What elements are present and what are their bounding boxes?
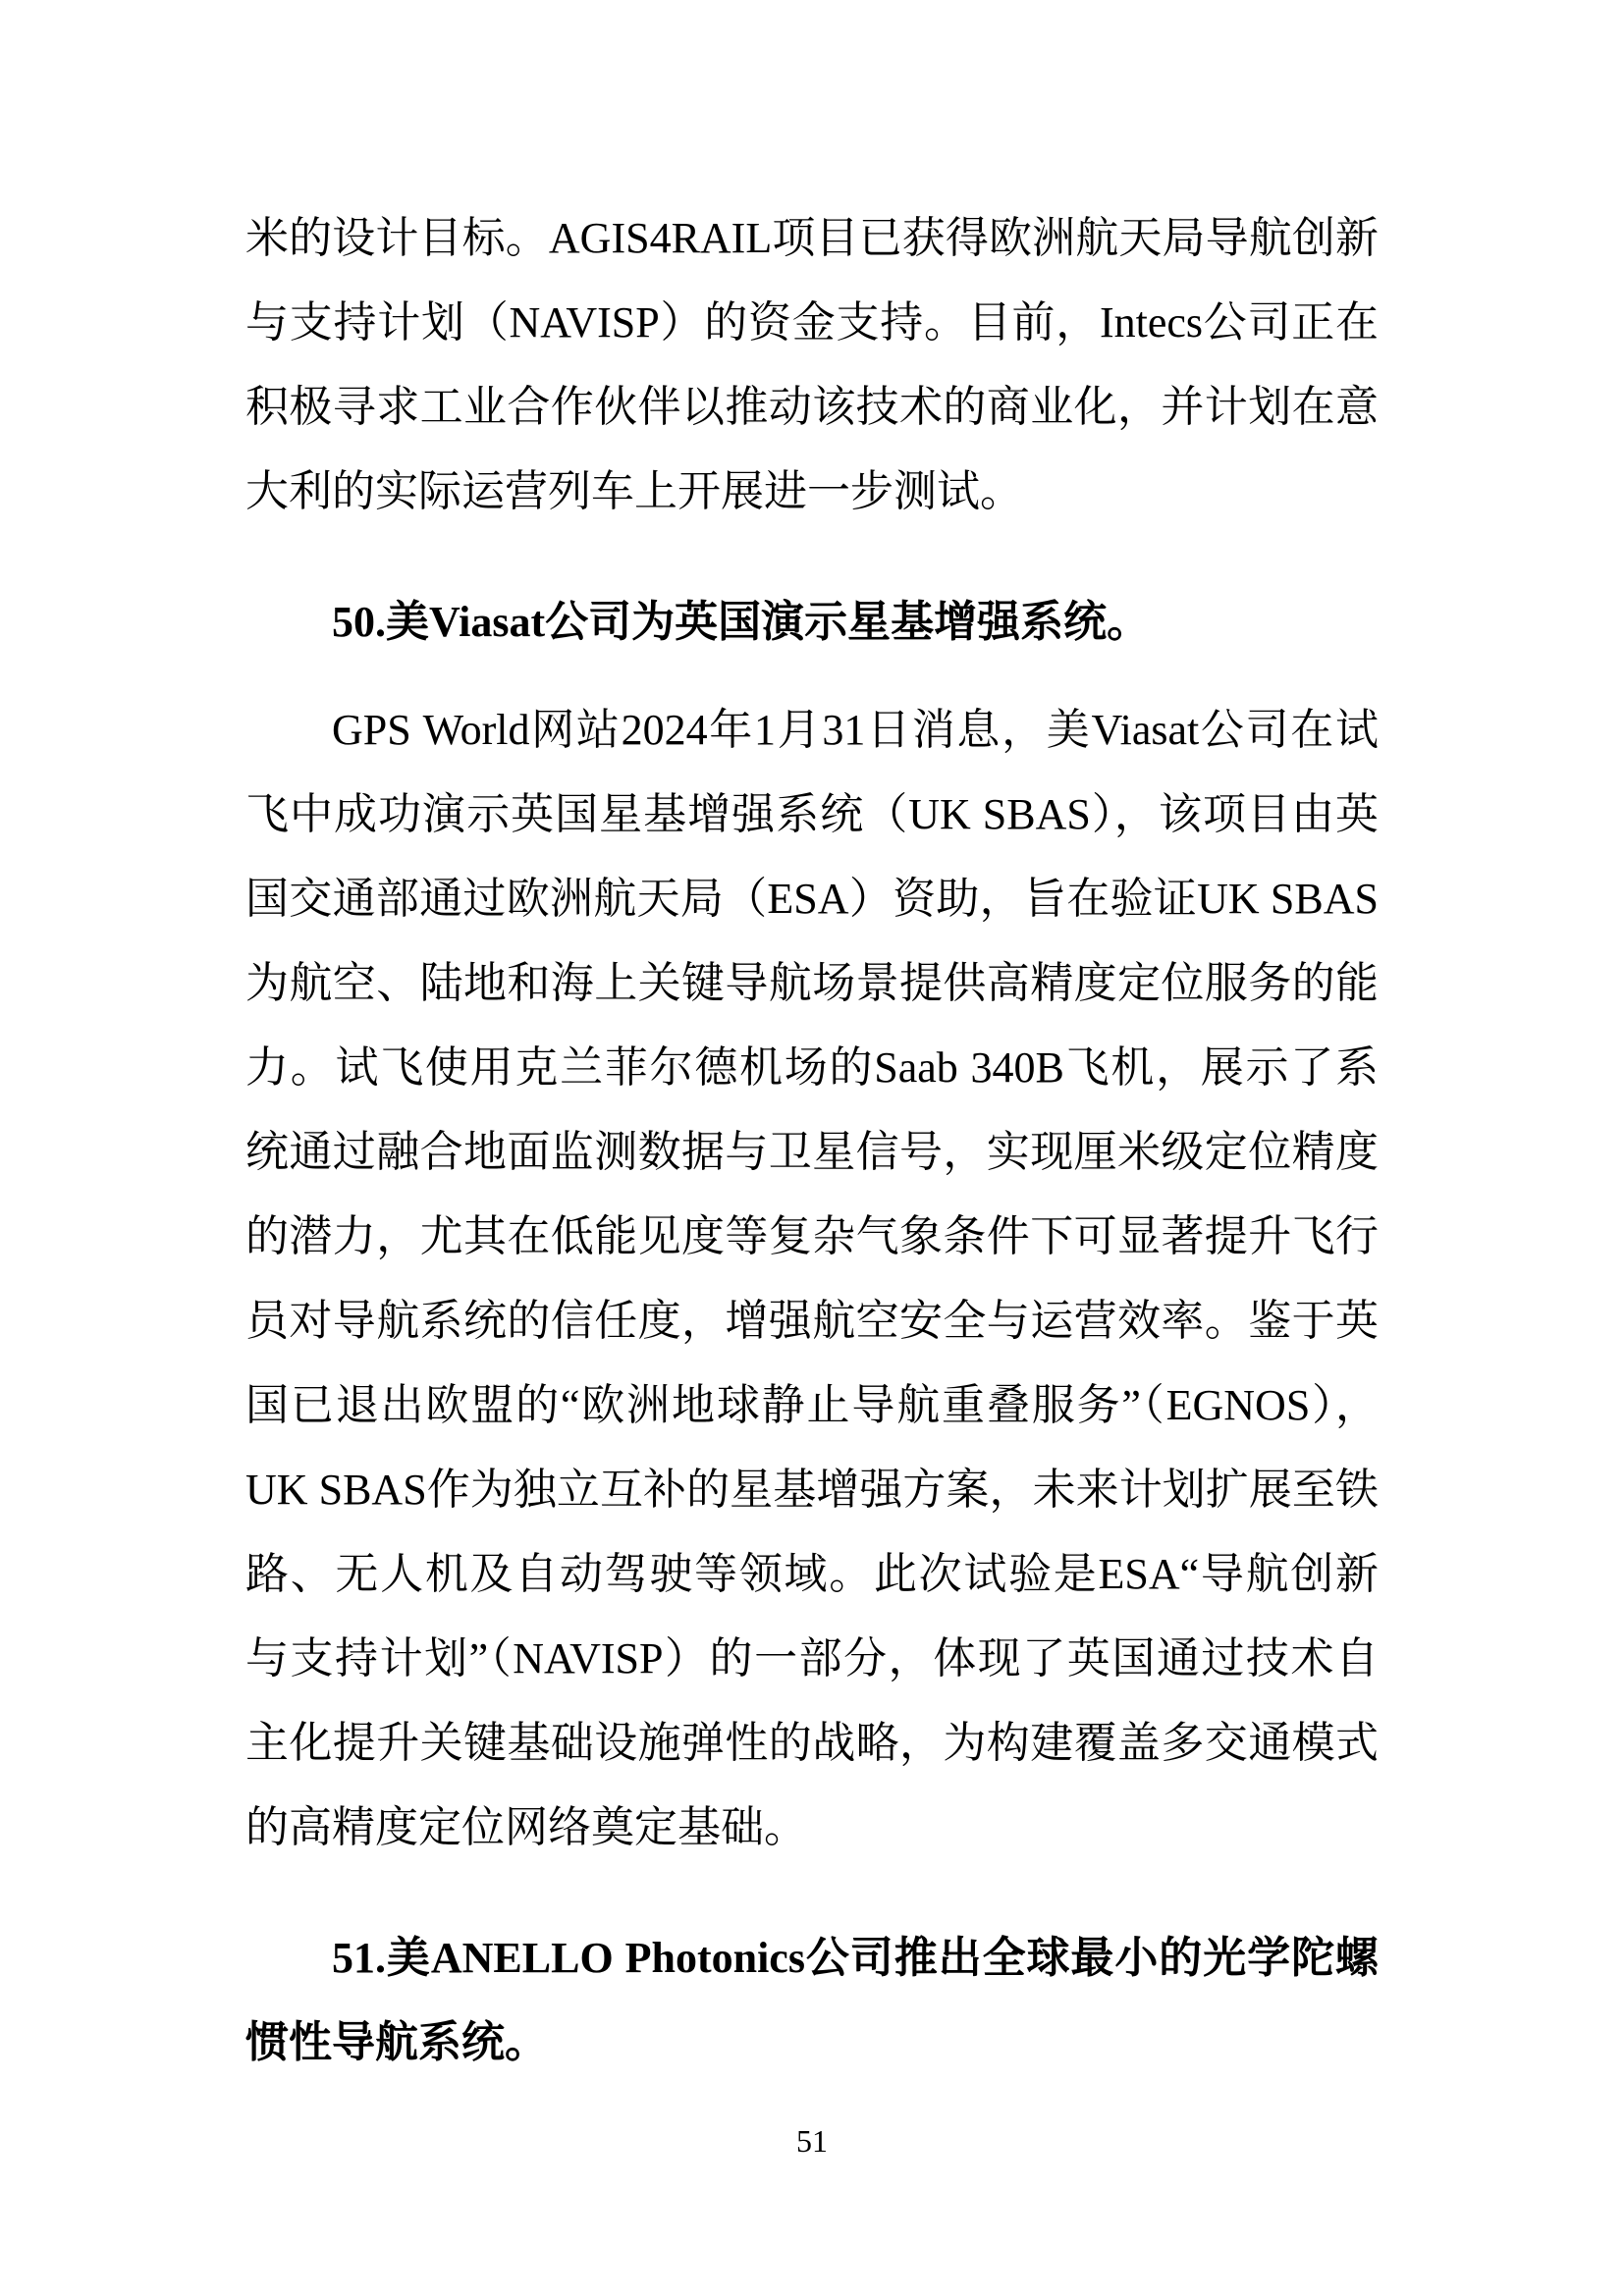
section-50-paragraph: GPS World网站2024年1月31日消息，美Viasat公司在试飞中成功演… [245,688,1379,1870]
section-51-heading: 51.美ANELLO Photonics公司推出全球最小的光学陀螺惯性导航系统。 [245,1916,1379,2085]
continuation-paragraph: 米的设计目标。AGIS4RAIL项目已获得欧洲航天局导航创新与支持计划（NAVI… [245,196,1379,534]
document-page: 米的设计目标。AGIS4RAIL项目已获得欧洲航天局导航创新与支持计划（NAVI… [0,0,1624,2296]
page-number: 51 [796,2123,828,2159]
section-50-heading: 50.美Viasat公司为英国演示星基增强系统。 [245,580,1379,665]
page-footer: 51 [0,2121,1624,2161]
